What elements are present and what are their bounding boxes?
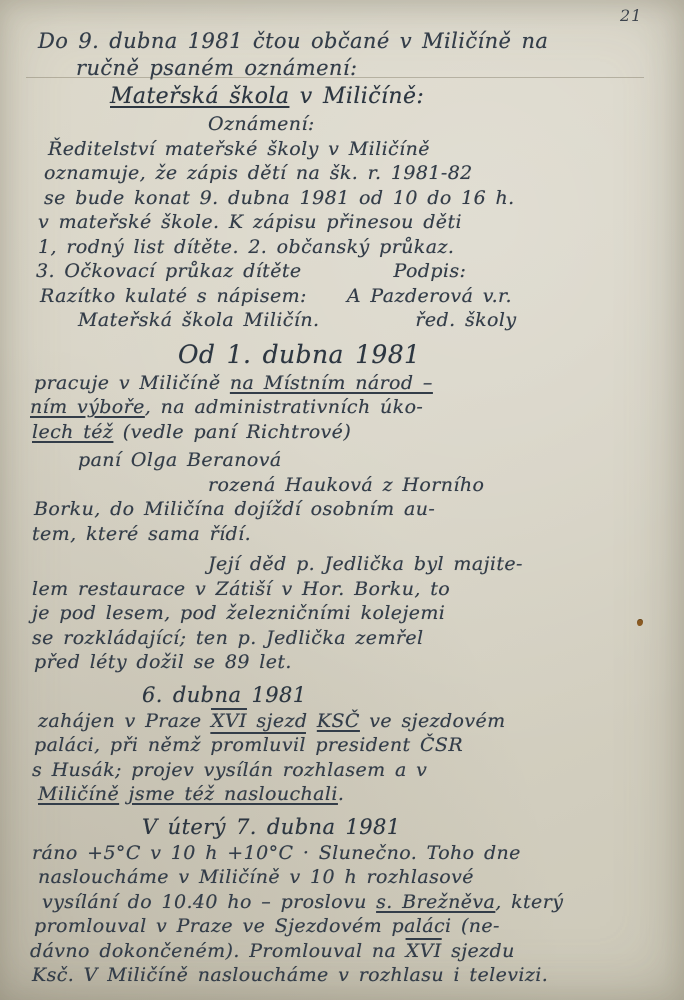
text-line: ním výboře, na administrativních úko- bbox=[30, 395, 662, 420]
text-segment: sjezdu bbox=[442, 940, 515, 962]
text-line: tem, které sama řídí. bbox=[32, 522, 662, 547]
text-segment: Razítko kulaté s nápisem: bbox=[40, 285, 307, 307]
text-line: paní Olga Beranová bbox=[78, 448, 662, 473]
text-segment: pracuje v Miličíně bbox=[34, 372, 230, 394]
text-line: před léty dožil se 89 let. bbox=[34, 650, 662, 675]
text-segment: nasloucháme v Miličíně v 10 h rozhlasové bbox=[38, 866, 474, 888]
text-line: Miličíně jsme též naslouchali. bbox=[38, 782, 662, 807]
text-segment: oznamuje, že zápis dětí na šk. r. 1981-8… bbox=[44, 162, 473, 184]
text-segment: s Husák; projev vysílán rozhlasem a v bbox=[32, 759, 427, 781]
text-segment: ráno +5°C v 10 h +10°C · Slunečno. Toho … bbox=[32, 842, 521, 864]
text-line: Mateřská škola v Miličíně: bbox=[110, 82, 662, 112]
text-line: paláci, při němž promluvil president ČSR bbox=[34, 733, 662, 758]
text-line: Mateřská škola Miličín.řed. školy bbox=[78, 308, 662, 333]
text-line: Borku, do Miličína dojíždí osobním au- bbox=[34, 497, 662, 522]
text-line: vysílání do 10.40 ho – proslovu s. Brežn… bbox=[42, 890, 662, 915]
text-line: v mateřské škole. K zápisu přinesou děti bbox=[38, 210, 662, 235]
text-segment: tem, které sama řídí. bbox=[32, 523, 251, 545]
text-line: zahájen v Praze XVI sjezd KSČ ve sjezdov… bbox=[38, 709, 662, 734]
text-segment: ním výboře bbox=[30, 396, 145, 418]
text-segment: 3. Očkovací průkaz dítěte bbox=[36, 260, 302, 282]
text-segment bbox=[119, 783, 128, 805]
text-segment: Do 9. dubna 1981 čtou občané v Miličíně … bbox=[38, 29, 548, 53]
text-segment: promlouval v Praze ve Sjezdovém paláci (… bbox=[34, 915, 500, 937]
text-line: se bude konat 9. dubna 1981 od 10 do 16 … bbox=[44, 186, 662, 211]
text-segment: před léty dožil se 89 let. bbox=[34, 651, 292, 673]
text-segment: ručně psaném oznámení: bbox=[76, 56, 357, 80]
text-line: rozená Hauková z Horního bbox=[208, 473, 662, 498]
text-segment: lech též bbox=[32, 421, 113, 443]
text-segment: na Místním národ – bbox=[230, 372, 433, 394]
text-segment: 6. dubna 1981 bbox=[142, 683, 307, 707]
text-line: je pod lesem, pod železničními kolejemi bbox=[32, 601, 662, 626]
manuscript-lines: Do 9. dubna 1981 čtou občané v Miličíně … bbox=[30, 28, 662, 1000]
manuscript-page: 21 Do 9. dubna 1981 čtou občané v Miličí… bbox=[0, 0, 684, 1000]
text-segment: ve sjezdovém bbox=[360, 710, 506, 732]
text-line: Od 1. dubna 1981 bbox=[178, 339, 662, 371]
text-segment: sjezd bbox=[247, 710, 317, 732]
text-line: lech též (vedle paní Richtrové) bbox=[32, 420, 662, 445]
text-segment: jsme též naslouchali bbox=[129, 783, 338, 805]
text-line: lem restaurace v Zátiší v Hor. Borku, to bbox=[32, 577, 662, 602]
text-line: promlouval v Praze ve Sjezdovém paláci (… bbox=[34, 914, 662, 939]
text-segment: XVI bbox=[406, 940, 442, 962]
text-segment: KSČ bbox=[317, 710, 360, 732]
text-segment: XVI bbox=[211, 710, 247, 732]
text-line: Do 9. dubna 1981 čtou občané v Miličíně … bbox=[38, 28, 662, 55]
text-segment: V úterý 7. dubna 1981 bbox=[142, 815, 401, 839]
text-segment: , na administrativních úko- bbox=[145, 396, 423, 418]
text-segment: (vedle paní Richtrové) bbox=[113, 421, 351, 443]
text-segment: Mateřská škola bbox=[110, 84, 289, 109]
text-line: oznamuje, že zápis dětí na šk. r. 1981-8… bbox=[44, 161, 662, 186]
text-segment: Ředitelství mateřské školy v Miličíně bbox=[48, 138, 430, 160]
text-segment: Miličíně bbox=[38, 783, 119, 805]
text-segment: president ČSR bbox=[306, 734, 463, 756]
text-line: 6. dubna 1981 bbox=[142, 681, 662, 709]
text-segment: dávno dokončeném). Promlouval na bbox=[30, 940, 406, 962]
text-segment: se rozkládající; ten p. Jedlička zemřel bbox=[32, 627, 423, 649]
text-segment: Její děd p. Jedlička byl majite- bbox=[208, 553, 523, 575]
text-segment: se bude konat 9. dubna 1981 od 10 do 16 … bbox=[44, 187, 515, 209]
text-segment: Oznámení: bbox=[208, 113, 315, 135]
text-line: dávno dokončeném). Promlouval na XVI sje… bbox=[30, 939, 662, 964]
text-line: Ksč. V Miličíně nasloucháme v rozhlasu i… bbox=[32, 963, 662, 988]
text-segment: lem restaurace v Zátiší v Hor. Borku, to bbox=[32, 578, 450, 600]
text-segment: je pod lesem, pod železničními kolejemi bbox=[32, 602, 445, 624]
text-segment: A Pazderová v.r. bbox=[347, 285, 512, 307]
text-segment: Ksč. V Miličíně nasloucháme v rozhlasu i… bbox=[32, 964, 548, 986]
text-segment: paláci, při němž bbox=[34, 734, 210, 756]
text-segment: s. Brežněva bbox=[376, 891, 495, 913]
text-line: nasloucháme v Miličíně v 10 h rozhlasové bbox=[38, 865, 662, 890]
text-line: V úterý 7. dubna 1981 bbox=[142, 813, 662, 841]
text-segment: 1, rodný list dítěte. 2. občanský průkaz… bbox=[38, 236, 454, 258]
text-segment: Podpis: bbox=[394, 260, 467, 282]
text-segment: . bbox=[338, 783, 344, 805]
text-line: 1, rodný list dítěte. 2. občanský průkaz… bbox=[38, 235, 662, 260]
text-line: Oznámení: bbox=[208, 112, 662, 137]
text-segment: vysílání do 10.40 ho – proslovu bbox=[42, 891, 376, 913]
text-segment: Od 1. dubna 1981 bbox=[178, 340, 420, 369]
text-line: pracuje v Miličíně na Místním národ – bbox=[34, 371, 662, 396]
text-segment: , který bbox=[495, 891, 563, 913]
text-line: Ředitelství mateřské školy v Miličíně bbox=[48, 137, 662, 162]
text-segment: Borku, do Miličína dojíždí osobním au- bbox=[34, 498, 435, 520]
text-segment: v Miličíně: bbox=[289, 84, 424, 109]
text-line: se rozkládající; ten p. Jedlička zemřel bbox=[32, 626, 662, 651]
text-segment: paní Olga Beranová bbox=[78, 449, 282, 471]
page-number: 21 bbox=[620, 6, 642, 25]
text-segment: Mateřská škola Miličín. bbox=[78, 309, 319, 331]
text-line: Razítko kulaté s nápisem:A Pazderová v.r… bbox=[40, 284, 662, 309]
text-segment: řed. školy bbox=[415, 309, 516, 331]
text-line: s Husák; projev vysílán rozhlasem a v bbox=[32, 758, 662, 783]
text-line: 3. Očkovací průkaz dítětePodpis: bbox=[36, 259, 662, 284]
text-segment: rozená Hauková z Horního bbox=[208, 474, 484, 496]
text-segment: zahájen v Praze bbox=[38, 710, 211, 732]
text-segment: v mateřské škole. K zápisu přinesou děti bbox=[38, 211, 462, 233]
text-line: ručně psaném oznámení: bbox=[76, 55, 662, 82]
text-line: ráno +5°C v 10 h +10°C · Slunečno. Toho … bbox=[32, 841, 662, 866]
text-segment: promluvil bbox=[210, 734, 306, 756]
text-line: Její děd p. Jedlička byl majite- bbox=[208, 552, 662, 577]
